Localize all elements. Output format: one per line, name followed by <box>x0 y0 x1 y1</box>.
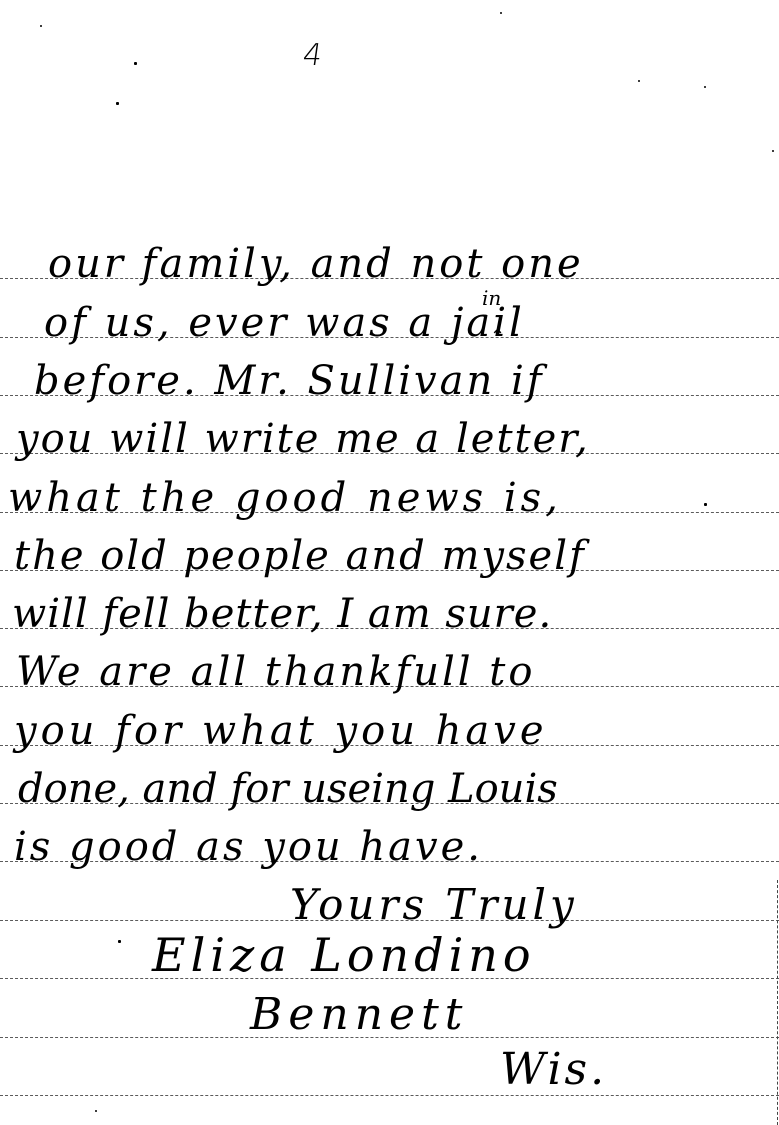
handwritten-letter-page: 4 our family, and not one of us, ever wa… <box>0 0 779 1125</box>
letter-line: what the good news is, <box>8 478 562 518</box>
letter-line: will fell better, I am sure. <box>12 594 552 634</box>
signature-town: Bennett <box>250 993 468 1037</box>
signature-state: Wis. <box>500 1048 607 1092</box>
letter-line: our family, and not one <box>48 244 584 284</box>
page-number: 4 <box>301 38 325 73</box>
scan-speck <box>116 102 119 105</box>
scan-speck <box>134 62 137 65</box>
letter-line: you for what you have <box>14 711 548 751</box>
scan-speck <box>704 503 707 506</box>
signature-name: Eliza Londino <box>152 932 536 978</box>
letter-line: is good as you have. <box>14 827 483 867</box>
scan-speck <box>95 1110 97 1112</box>
scan-speck <box>118 940 121 943</box>
letter-line: before. Mr. Sullivan if <box>34 361 545 401</box>
letter-line: the old people and myself <box>14 536 586 576</box>
scan-speck <box>40 25 42 27</box>
scan-speck <box>500 12 502 14</box>
letter-line: of us, ever was a jail <box>44 303 525 343</box>
letter-line: you will write me a letter, <box>16 419 590 459</box>
insertion-caret: ⌃ <box>490 326 505 347</box>
ruled-line <box>0 1095 779 1096</box>
scan-speck <box>772 150 774 152</box>
scan-speck <box>638 80 640 82</box>
letter-line: We are all thankfull to <box>16 652 535 692</box>
closing: Yours Truly <box>290 884 578 926</box>
inserted-word: in <box>482 286 501 310</box>
scan-speck <box>704 86 706 88</box>
letter-line: done, and for useing Louis <box>18 769 558 809</box>
